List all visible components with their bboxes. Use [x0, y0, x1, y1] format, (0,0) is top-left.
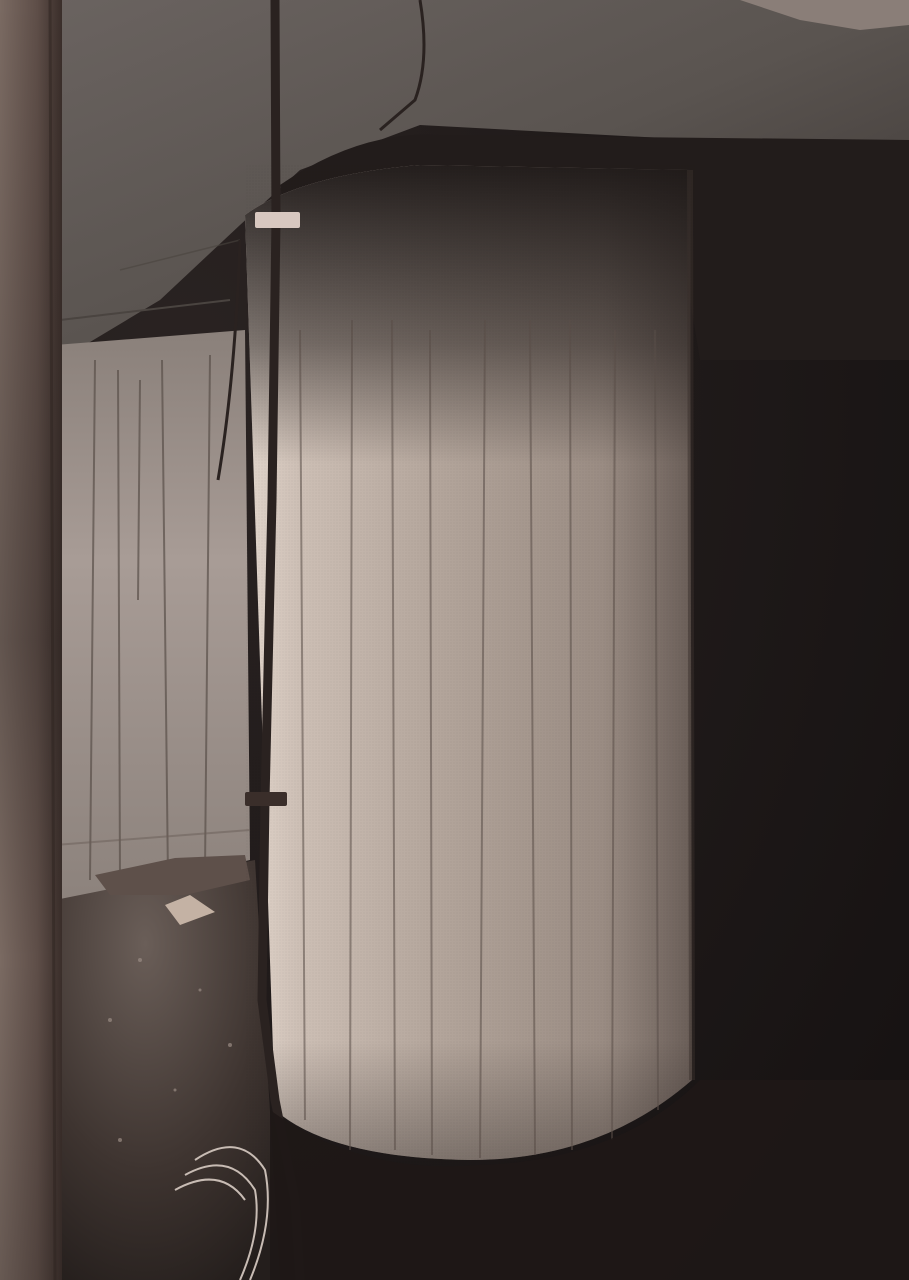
- scene-drawing: [0, 0, 909, 1280]
- concrete-pillar: [245, 165, 695, 1165]
- bunker-photo: [0, 0, 909, 1280]
- cable-clamp-top: [255, 212, 300, 228]
- cable-clamp-middle: [245, 792, 287, 806]
- left-wall-edge: [0, 0, 62, 1280]
- back-wall: [55, 330, 250, 905]
